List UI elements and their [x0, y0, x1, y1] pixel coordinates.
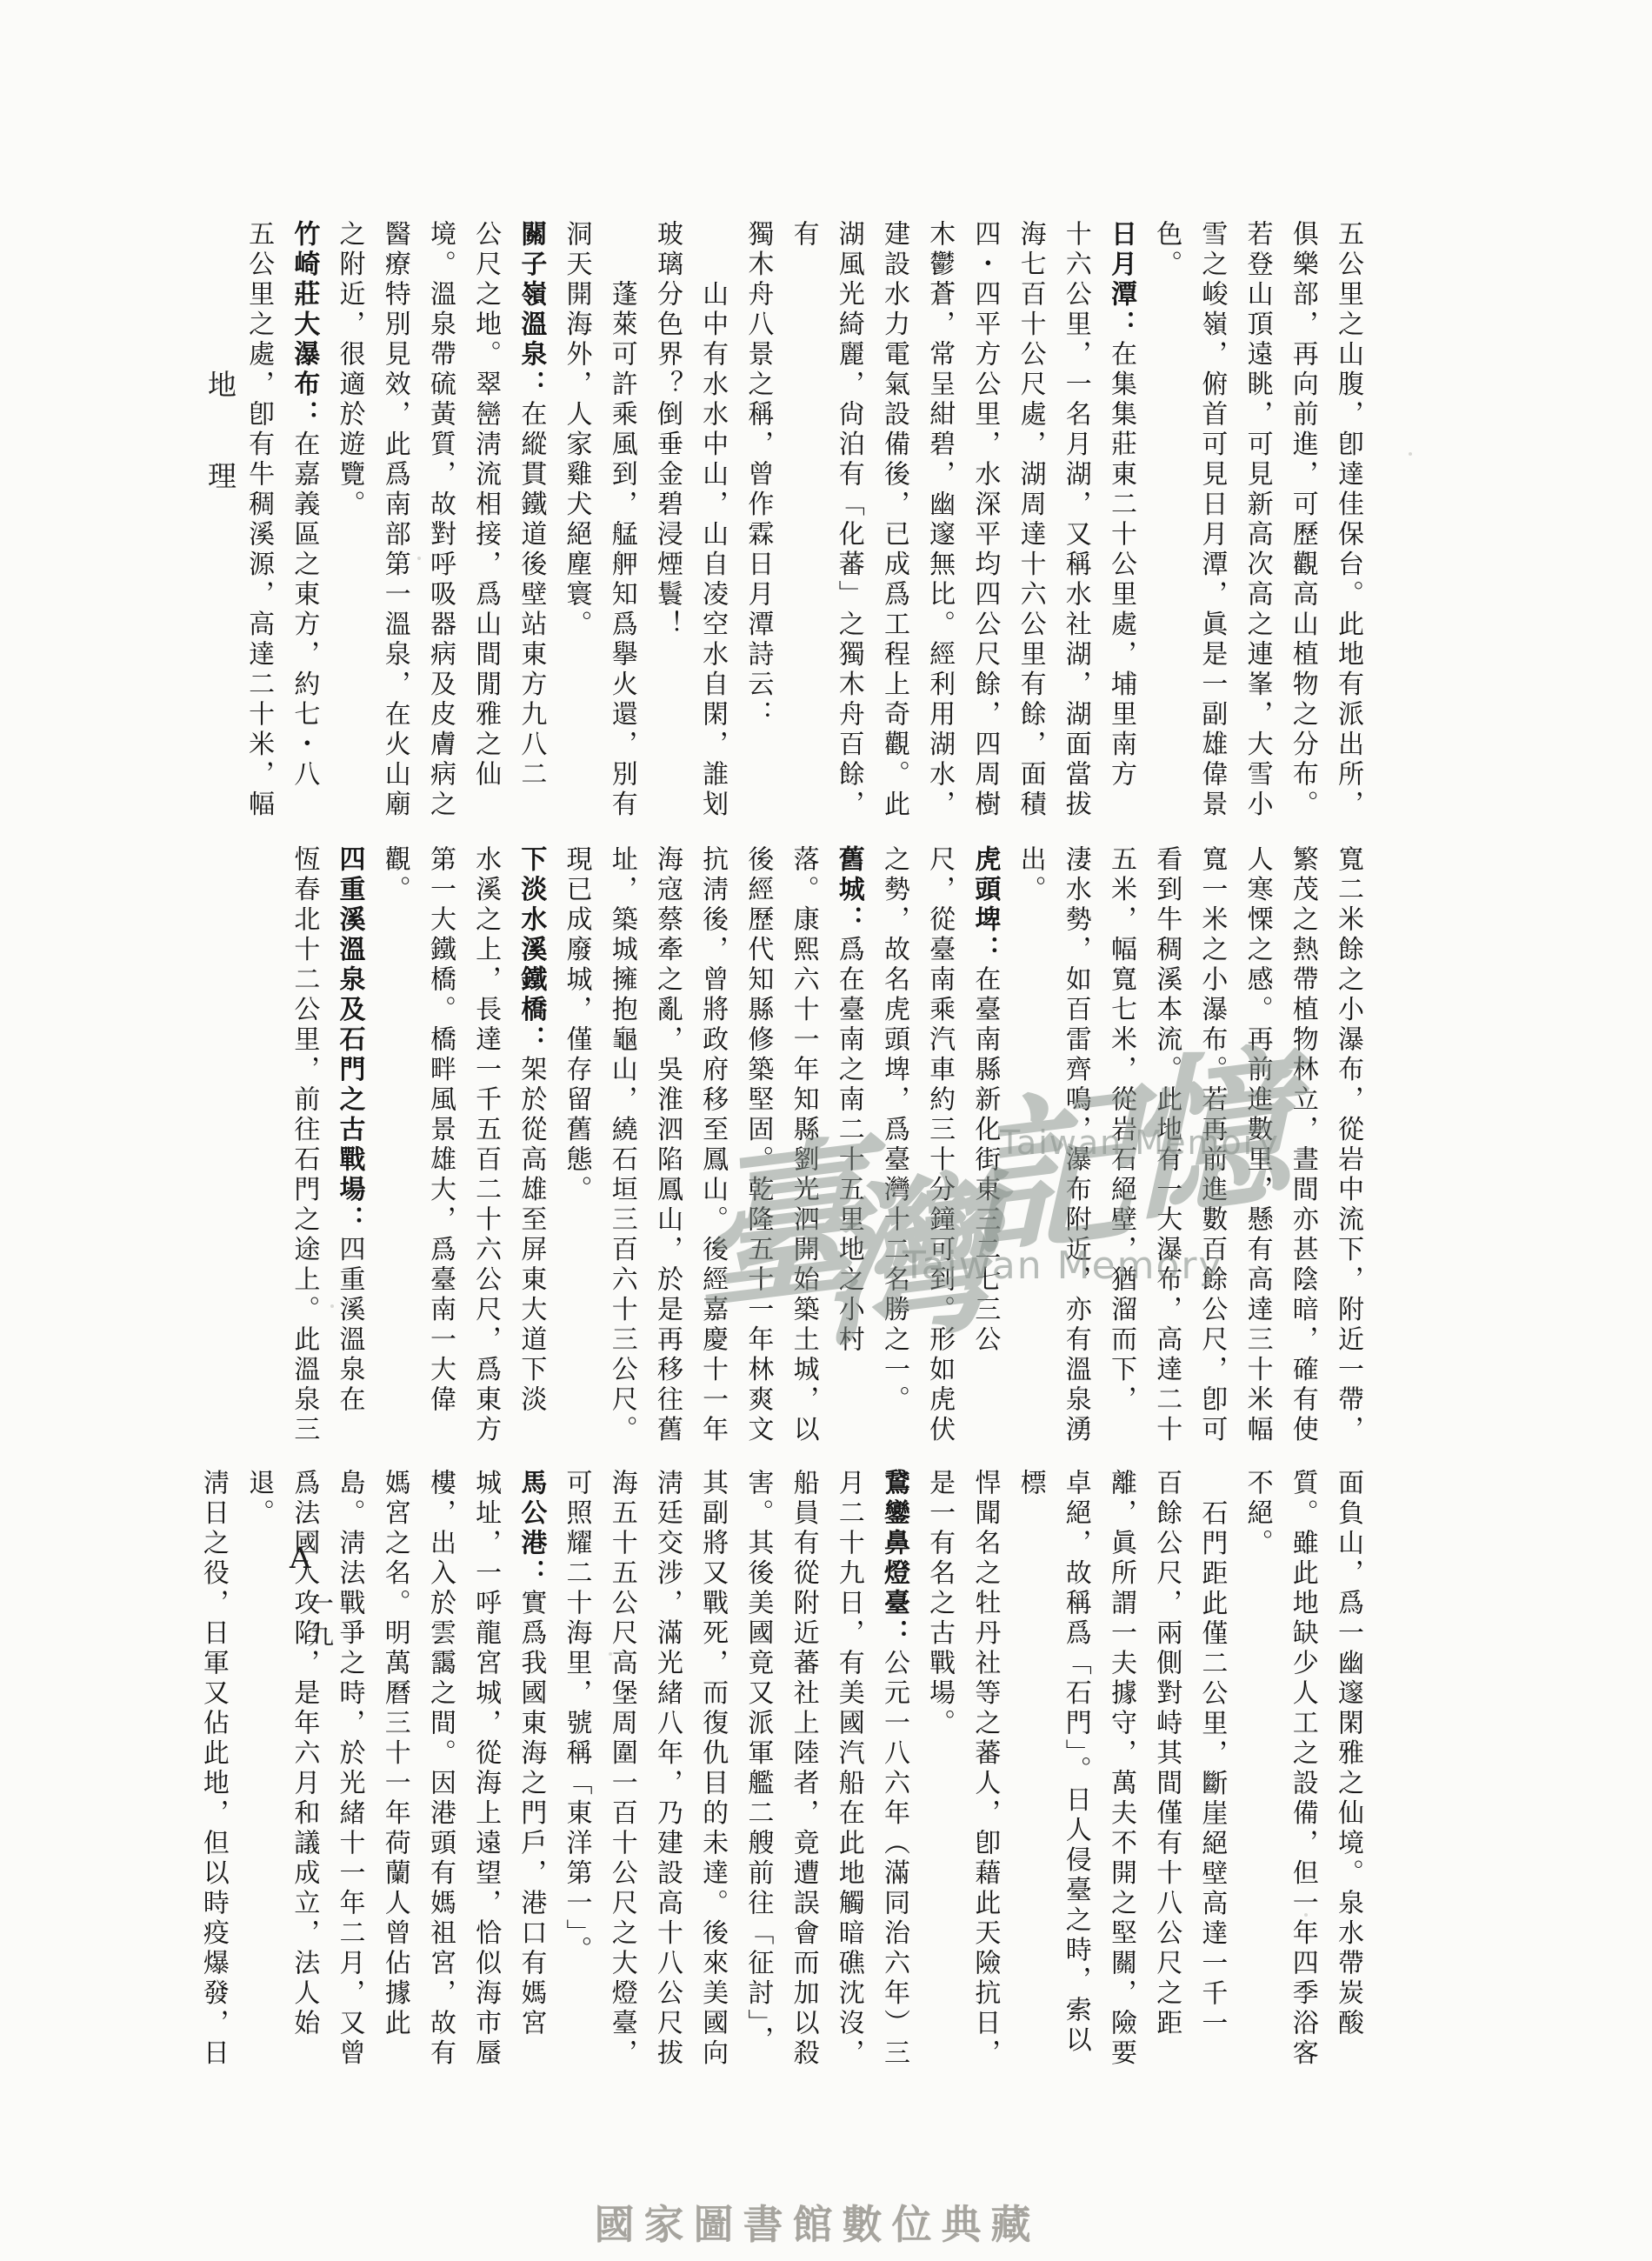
entry-heading: 舊城： [834, 845, 864, 936]
text-column: 現已成廢城，僅存留舊態。 [553, 845, 598, 1449]
entry-heading: 關子嶺溫泉： [516, 220, 546, 400]
text-column: 後經歷代知縣修築堅固。乾隆五十一年林爽文 [735, 845, 780, 1449]
text-column: 虎頭埤：在臺南縣新化街東三二七三公 [962, 845, 1007, 1449]
text-column: 醫療特別見效，此爲南部第一溫泉，在火山廟 [372, 220, 417, 824]
text-column: 蓬萊可許乘風到，艋舺知爲擧火還，別有 [599, 220, 644, 824]
text-column: 四重溪溫泉及石門之古戰場：四重溪溫泉在 [326, 845, 371, 1449]
text-column: 船員有從附近蕃社上陸者，竟遭誤會而加以殺 [780, 1469, 825, 2072]
text-column: 山中有水水中山，山自凌空水自閑，誰划 [689, 220, 735, 824]
text-column: 看到牛稠溪本流。此地有一大瀑布，高達二十 [1143, 845, 1189, 1449]
scan-noise [609, 1652, 612, 1656]
text-column: 境。溫泉帶硫黃質，故對呼吸器病及皮膚病之 [417, 220, 463, 824]
text-column: 恆春北十二公里，前往石門之途上。此溫泉三 [281, 845, 326, 1449]
text-column: 玻璃分色界？倒垂金碧浸煙鬟！ [644, 220, 689, 824]
margin-subject-label: 地理 [200, 370, 241, 552]
text-column: 海寇蔡牽之亂，吳淮泗陷鳳山，於是再移往舊 [644, 845, 689, 1449]
text-column: 海七百十公尺處，湖周達十六公里有餘，面積 [1007, 220, 1052, 824]
entry-heading: 四重溪溫泉及石門之古戰場： [335, 845, 365, 1236]
text-column: 公尺之地。翠巒淸流相接，爲山間閒雅之仙 [463, 220, 508, 824]
text-block-middle: 寬二米餘之小瀑布，從岩中流下，附近一帶，繁茂之熱帶植物林立，晝間亦甚陰暗，確有使… [280, 845, 1370, 1449]
text-column: 悍聞名之牡丹社等之蕃人，卽藉此天險抗日， [962, 1469, 1007, 2072]
text-column: 觀。 [372, 845, 417, 1449]
text-column: 雪之峻嶺，俯首可見日月潭，眞是一副雄偉景 [1189, 220, 1234, 824]
text-column: 不絕。 [1234, 1469, 1279, 2072]
text-column: 尺，從臺南乘汽車約三十分鐘可到。形如虎伏 [916, 845, 962, 1449]
text-column: 五米，幅寬七米，從岩石絕壁，猶溜而下， [1098, 845, 1143, 1449]
margin-section-letter: A [290, 1541, 311, 1576]
scan-noise [1304, 1913, 1308, 1917]
text-column: 之附近，很適於遊覽。 [326, 220, 371, 824]
text-column: 面負山，爲一幽邃閑雅之仙境。泉水帶炭酸 [1325, 1469, 1370, 2072]
text-column: 四・四平方公里，水深平均四公尺餘，四周樹 [962, 220, 1007, 824]
text-column: 五公里之山腹，卽達佳保台。此地有派出所， [1325, 220, 1370, 824]
text-column: 樓，出入於雲靄之間。因港頭有媽祖宮，故有 [417, 1469, 463, 2072]
text-column: 日月潭：在集集莊東二十公里處，埔里南方 [1098, 220, 1143, 824]
text-column: 第一大鐵橋。橋畔風景雄大，爲臺南一大偉 [417, 845, 463, 1449]
text-column: 木鬱蒼，常呈紺碧，幽邃無比。經利用湖水， [916, 220, 962, 824]
text-column: 島。淸法戰爭之時，於光緒十一年二月，又曾 [326, 1469, 371, 2072]
text-column: 寬二米餘之小瀑布，從岩中流下，附近一帶， [1325, 845, 1370, 1449]
text-column: 百餘公尺，兩側對峙其間僅有十八公尺之距 [1143, 1469, 1189, 2072]
text-column: 下淡水溪鐵橋：架於從高雄至屏東大道下淡 [508, 845, 553, 1449]
text-column: 湖風光綺麗，尙泊有「化蕃」之獨木舟百餘，有 [780, 220, 870, 824]
text-column: 若登山頂遠眺，可見新高次高之連峯，大雪小 [1234, 220, 1279, 824]
text-column: 洞天開海外，人家雞犬絕塵寰。 [553, 220, 598, 824]
text-column: 抗淸後，曾將政府移至鳳山。後經嘉慶十一年 [689, 845, 735, 1449]
text-column: 月二十九日，有美國汽船在此地觸暗礁沈沒， [826, 1469, 871, 2072]
text-column: 海五十五公尺高堡周圍一百十公尺之大燈臺， [599, 1469, 644, 2072]
text-block-top: 五公里之山腹，卽達佳保台。此地有派出所，俱樂部，再向前進，可歷觀高山植物之分布。… [280, 220, 1370, 824]
text-block-bottom: 面負山，爲一幽邃閑雅之仙境。泉水帶炭酸質。雖此地缺少人工之設備，但一年四季浴客不… [280, 1469, 1370, 2072]
text-column: 獨木舟八景之稱，曾作霖日月潭詩云： [735, 220, 780, 824]
text-column: 卓絕，故稱爲「石門」。日人侵臺之時，索以標 [1007, 1469, 1097, 2072]
text-column: 城址，一呼龍宮城，從海上遠望，恰似海市蜃 [463, 1469, 508, 2072]
archive-footer-caption: 國家圖書館數位典藏 [487, 2193, 1148, 2251]
text-column: 淒水勢，如百雷齊鳴，瀑布附近，亦有溫泉湧 [1053, 845, 1098, 1449]
text-column: 爲法國人攻陷，是年六月和議成立，法人始退。 [236, 1469, 326, 2072]
text-column: 淸日之役，日軍又佔此地，但以時疫爆發，日 [190, 1469, 236, 2072]
scan-noise [330, 1304, 334, 1308]
text-column: 繁茂之熱帶植物林立，晝間亦甚陰暗，確有使 [1280, 845, 1325, 1449]
text-column: 離，眞所謂一夫據守，萬夫不開之堅關，險要 [1098, 1469, 1143, 2072]
text-column: 建設水力電氣設備後，已成爲工程上奇觀。此 [871, 220, 916, 824]
text-column: 可照耀二十海里，號稱「東洋第一」。 [553, 1469, 598, 2072]
scanned-document-page: { "margin": { "subject_label": "地理", "se… [0, 0, 1652, 2261]
scan-noise [1409, 452, 1412, 456]
text-column: 十六公里，一名月湖，又稱水社湖，湖面當拔 [1053, 220, 1098, 824]
text-column: 竹崎莊大瀑布：在嘉義區之東方，約七・八 [281, 220, 326, 824]
text-column: 址，築城擁抱龜山，繞石垣三百六十三公尺。 [599, 845, 644, 1449]
entry-heading: 日月潭： [1106, 220, 1136, 340]
text-column: 馬公港：實爲我國東海之門戶，港口有媽宮 [508, 1469, 553, 2072]
text-column: 關子嶺溫泉：在縱貫鐵道後壁站東方九八二 [508, 220, 553, 824]
text-column: 之勢，故名虎頭埤，爲臺灣十二名勝之一。 [871, 845, 916, 1449]
text-column: 水溪之上，長達一千五百二十六公尺，爲東方 [463, 845, 508, 1449]
entry-heading: 下淡水溪鐵橋： [516, 845, 546, 1056]
text-column: 是一有名之古戰場。 [916, 1469, 962, 2072]
text-column: 鵞鑾鼻燈臺：公元一八六年（滿同治六年）三 [871, 1469, 916, 2072]
text-column: 出。 [1007, 845, 1052, 1449]
text-column: 落。康熙六十一年知縣劉光泗開始築土城，以 [780, 845, 825, 1449]
text-column: 寬一米之小瀑布。若再前進數百餘公尺，卽可 [1189, 845, 1234, 1449]
text-column: 媽宮之名。明萬曆三十一年荷蘭人曾佔據此 [372, 1469, 417, 2072]
text-column: 色。 [1143, 220, 1189, 824]
entry-heading: 鵞鑾鼻燈臺： [879, 1469, 909, 1649]
entry-heading: 虎頭埤： [969, 845, 1000, 965]
text-column: 人寒慄之感。再前進數里，懸有高達三十米幅 [1234, 845, 1279, 1449]
scan-noise [417, 557, 421, 560]
page-number: 一九 [303, 1590, 332, 1652]
text-column: 石門距此僅二公里，斷崖絕壁高達一千一 [1189, 1469, 1234, 2072]
text-column: 舊城：爲在臺南之南二十五里地之小村 [826, 845, 871, 1449]
entry-heading: 竹崎莊大瀑布： [289, 220, 319, 430]
text-column: 淸廷交涉，滿光緒八年，乃建設高十八公尺拔 [644, 1469, 689, 2072]
text-column: 俱樂部，再向前進，可歷觀高山植物之分布。 [1280, 220, 1325, 824]
text-column: 害。其後美國竟又派軍艦二艘前往「征討」， [735, 1469, 780, 2072]
text-column: 其副將又戰死，而復仇目的未達。後來美國向 [689, 1469, 735, 2072]
text-column: 五公里之處，卽有牛稠溪源，高達二十米，幅 [236, 220, 281, 824]
text-column: 質。雖此地缺少人工之設備，但一年四季浴客 [1280, 1469, 1325, 2072]
entry-heading: 馬公港： [516, 1469, 546, 1589]
